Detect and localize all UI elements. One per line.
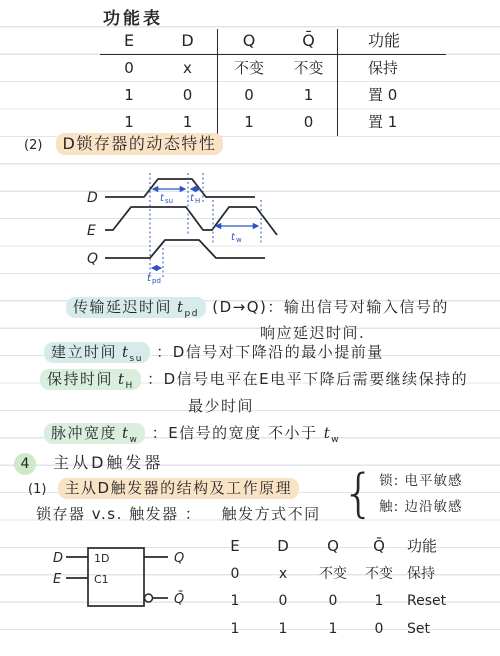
t1-cell: 1 [280, 82, 338, 109]
th-label-sub: H [195, 197, 200, 205]
t2-header-function: 功能 [401, 533, 473, 561]
t2-cell: Set [401, 616, 473, 644]
sub1-title: 主从D触发器的结构及工作原理 [58, 478, 300, 499]
brace: { [342, 467, 375, 521]
t2-cell: 1 [357, 588, 401, 616]
tw-symbol-inline-sub: w [331, 435, 340, 445]
t1-cell: 0 [280, 109, 338, 136]
t2-header-q: Q [309, 533, 357, 561]
tpd-label-sub: pd [152, 277, 161, 285]
t2-cell: x [257, 561, 309, 589]
inversion-bubble [145, 594, 153, 602]
t2-cell: 1 [309, 616, 357, 644]
tw-label-sub: w [236, 236, 242, 244]
t1-cell: 保持 [338, 55, 446, 82]
tsu-symbol-sub: su [130, 354, 143, 364]
compare-right: 触发方式不同 [222, 505, 321, 523]
waveform-signal-label-d: D [87, 190, 98, 206]
def-tw-term: 脉冲宽度tw [44, 423, 145, 444]
th-symbol: t [118, 370, 126, 388]
brace-note-trigger: 触: 边沿敏感 [379, 494, 462, 520]
t2-cell: 1 [257, 616, 309, 644]
pin-c1-label: C1 [94, 573, 109, 586]
t1-cell: 1 [100, 82, 158, 109]
e-input-label: E [53, 572, 62, 587]
t1-header-function: 功能 [338, 29, 446, 55]
t1-cell: 1 [218, 109, 280, 136]
brace-note-latch: 锁: 电平敏感 [379, 468, 462, 494]
qbar-output-label: Q̄ [174, 592, 184, 607]
t2-cell: 不变 [309, 561, 357, 589]
flipflop-symbol-diagram: D E 1D C1 Q Q̄ [42, 537, 202, 622]
t2-cell: 0 [213, 561, 257, 589]
t1-cell: 不变 [280, 55, 338, 82]
tpd-symbol: t [177, 298, 185, 316]
t1-header-qbar: Q̄ [280, 29, 338, 55]
t1-cell: 0 [158, 82, 218, 109]
tpd-symbol-sub: pd [185, 309, 199, 319]
t2-cell: 0 [357, 616, 401, 644]
t2-cell: 保持 [401, 561, 473, 589]
t1-header-d: D [158, 29, 218, 55]
def-tpd-term: 传输延迟时间tpd [66, 297, 206, 318]
tsu-label-sub: su [165, 197, 173, 205]
d-input-label: D [53, 551, 63, 566]
tw-symbol: t [122, 424, 130, 442]
page-title: 功能表 [103, 4, 163, 29]
waveform-signal-label-e: E [87, 223, 96, 239]
e-signal-trace [105, 207, 277, 235]
compare-left: 锁存器 v.s. 触发器 ： [36, 505, 201, 523]
brace-note-latch-value: 电平敏感 [404, 473, 462, 489]
t2-cell: 0 [309, 588, 357, 616]
t1-cell: 不变 [218, 55, 280, 82]
latch-function-table: E D Q Q̄ 功能 0 x 不变 不变 保持 1 0 0 1 置 0 1 1… [100, 29, 446, 136]
t1-cell: 置 1 [338, 109, 446, 136]
def-tsu-desc: ：D信号对下降沿的最小提前量 [156, 343, 384, 361]
brace-note-trigger-value: 边沿敏感 [404, 499, 462, 515]
brace-note-trigger-key: 触: [379, 499, 399, 515]
t2-cell: 0 [257, 588, 309, 616]
t2-cell: 不变 [357, 561, 401, 589]
def-tpd-term-text: 传输延迟时间 [73, 298, 172, 316]
def-tw-desc: ：E信号的宽度 不小于 [152, 424, 324, 442]
t2-header-qbar: Q̄ [357, 533, 401, 561]
def-tpd-range: (D→Q) [212, 298, 267, 316]
th-symbol-sub: H [126, 381, 134, 391]
tsu-symbol: t [122, 343, 130, 361]
pin-1d-label: 1D [94, 552, 109, 565]
t1-header-q: Q [218, 29, 280, 55]
def-th-desc: ：D信号电平在E电平下降后需要继续保持的 [147, 370, 468, 388]
t2-header-d: D [257, 533, 309, 561]
flipflop-function-table: E D Q Q̄ 功能 0 x 不变 不变 保持 1 0 0 1 Reset 1… [213, 533, 473, 643]
sub1-number: (1) [28, 482, 46, 497]
t2-cell: 1 [213, 588, 257, 616]
section4-number-badge: 4 [14, 453, 36, 475]
d-signal-trace [105, 179, 255, 197]
t1-cell: x [158, 55, 218, 82]
def-tsu-term-text: 建立时间 [51, 343, 117, 361]
t1-cell: 0 [100, 55, 158, 82]
t1-cell: 置 0 [338, 82, 446, 109]
section2-title: D锁存器的动态特性 [56, 133, 224, 155]
timing-diagram: D E Q t su t H t w t pd [85, 168, 330, 298]
waveform-signal-label-q: Q [87, 251, 98, 267]
def-th-term-text: 保持时间 [47, 370, 113, 388]
section2-number: (2) [24, 138, 42, 153]
def-th-desc-cont: 最少时间 [188, 395, 254, 416]
t2-header-e: E [213, 533, 257, 561]
tw-symbol-sub: w [130, 435, 139, 445]
def-tsu-term: 建立时间tsu [44, 342, 150, 363]
t1-cell: 0 [218, 82, 280, 109]
def-th-term: 保持时间tH [40, 369, 141, 390]
t2-cell: Reset [401, 588, 473, 616]
def-tw-term-text: 脉冲宽度 [51, 424, 117, 442]
def-tpd-desc: ：输出信号对输入信号的 [267, 298, 449, 316]
section4-title: 主从D触发器 [53, 453, 163, 472]
def-tpd-desc-cont: 响应延迟时间. [260, 322, 365, 343]
t2-cell: 1 [213, 616, 257, 644]
t1-header-e: E [100, 29, 158, 55]
q-output-label: Q [174, 551, 184, 566]
brace-note-latch-key: 锁: [379, 473, 399, 489]
notebook-page: 功能表 E D Q Q̄ 功能 0 x 不变 不变 保持 1 0 0 1 置 0… [0, 0, 500, 656]
